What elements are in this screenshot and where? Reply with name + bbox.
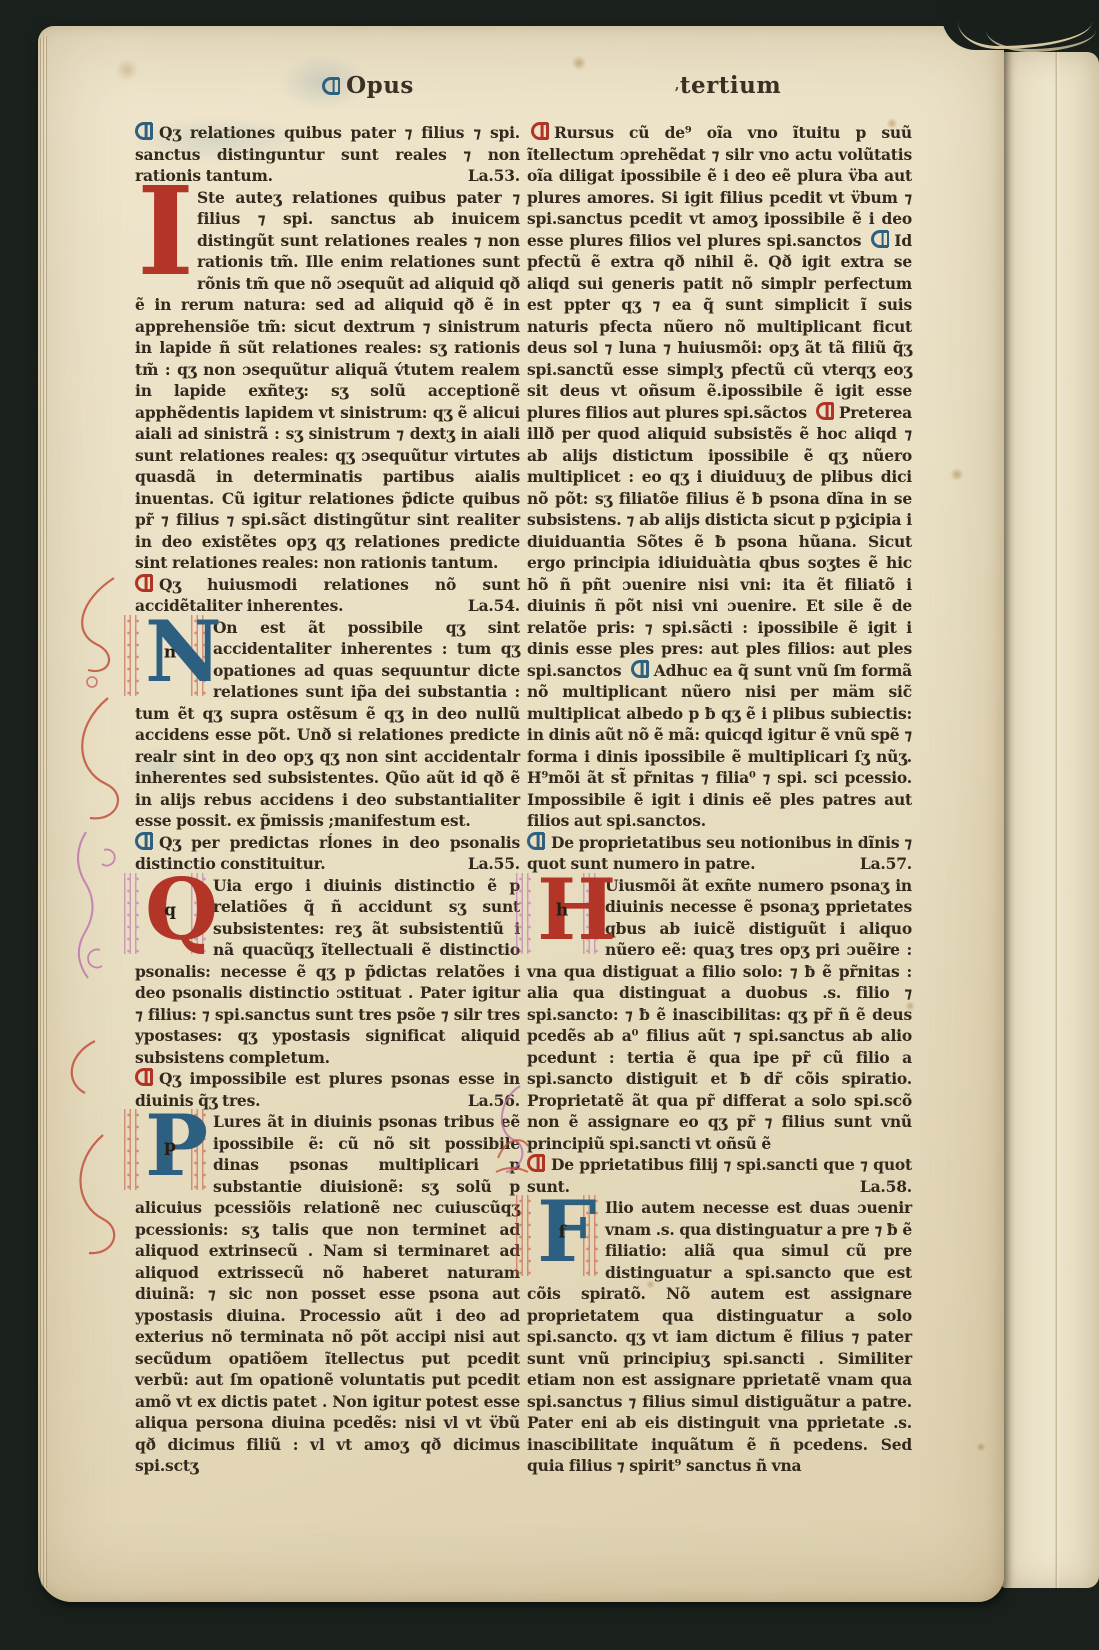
running-title-left: Opus — [218, 72, 518, 99]
stain-spot — [976, 1442, 986, 1452]
paragraph-block: NnOn est ãt possibile qʒ sint accidental… — [135, 617, 520, 832]
column-left: Qʒ relationes quibus pater ⁊ filius ⁊ sp… — [135, 122, 520, 1477]
header-pilcrow-icon — [322, 77, 339, 95]
margin-flourish-red-1 — [62, 570, 132, 840]
paragraph-block: QqUia ergo i diuinis distinctio ẽ p rela… — [135, 875, 520, 1069]
drop-cap-F: Ff — [527, 1200, 597, 1264]
chapter-number: La.54. — [468, 595, 520, 617]
guide-letter: f — [558, 1223, 565, 1245]
running-title-right-text: tertium — [680, 72, 781, 99]
chapter-number: La.57. — [860, 853, 912, 875]
initial-letter: H — [537, 868, 616, 952]
chapter-number: La.53. — [468, 165, 520, 187]
running-title-left-text: Opus — [346, 72, 414, 99]
stain-spot — [114, 60, 140, 80]
guide-letter: q — [164, 900, 176, 922]
initial-letter: P — [145, 1104, 208, 1188]
margin-flourish-purple-1 — [60, 828, 130, 1008]
inline-pilcrow-icon — [631, 660, 648, 678]
guide-letter: h — [556, 900, 568, 922]
heading-pilcrow-icon — [135, 832, 152, 850]
guide-letter: n — [164, 642, 176, 664]
column-right: Rursus cũ de⁹ oĩa vno ĩtuitu p suũ ĩtell… — [527, 122, 912, 1477]
text-run: Preterea illð per quod aliquid subsistẽs… — [527, 403, 912, 680]
paragraph-block: Rursus cũ de⁹ oĩa vno ĩtuitu p suũ ĩtell… — [527, 122, 912, 832]
gutter-flourish-red — [492, 1128, 532, 1188]
drop-cap-N: Nn — [135, 620, 205, 684]
initial-letter: F — [537, 1190, 596, 1274]
heading-pilcrow-icon — [135, 1068, 152, 1086]
initial-letter: I — [137, 176, 194, 286]
running-title-right: ,tertium — [578, 72, 878, 99]
chapter-number: La.55. — [468, 853, 520, 875]
inline-pilcrow-icon — [531, 122, 548, 140]
text-run: Id pfectũ ẽ extra qð nihil ẽ. Qð igit ex… — [527, 231, 912, 422]
book-page: Opus ,tertium Qʒ relationes quibus pater… — [38, 26, 1004, 1602]
next-page-edge — [1000, 52, 1099, 1588]
paragraph-block: HhUiusmõi ãt exñte numero psonaʒ in diui… — [527, 875, 912, 1155]
paragraph-block: ISte auteʒ relationes quibus pater ⁊ fil… — [135, 187, 520, 574]
stain-spot — [950, 468, 964, 481]
stain-spot — [646, 1280, 655, 1289]
stain-spot — [571, 56, 587, 70]
guide-letter: p — [164, 1137, 176, 1159]
drop-cap-I: I — [135, 190, 189, 278]
text-columns: Qʒ relationes quibus pater ⁊ filius ⁊ sp… — [135, 122, 912, 1477]
margin-flourish-red-2 — [55, 1035, 125, 1265]
heading-pilcrow-icon — [527, 832, 544, 850]
inline-pilcrow-icon — [816, 402, 833, 420]
drop-cap-Q: Qq — [135, 878, 205, 942]
chapter-number: La.58. — [860, 1176, 912, 1198]
stain-spot — [905, 1001, 915, 1011]
drop-cap-H: Hh — [527, 878, 597, 942]
paragraph-block: PpLures ãt in diuinis psonas tribus eẽ i… — [135, 1111, 520, 1477]
penwork-left — [124, 1109, 141, 1190]
inline-pilcrow-icon — [871, 230, 888, 248]
initial-letter: N — [145, 610, 222, 694]
stain-spot — [886, 118, 898, 129]
drop-cap-P: Pp — [135, 1114, 205, 1178]
paragraph-block: FfIlio autem necesse est duas ɔuenir vna… — [527, 1197, 912, 1477]
heading-pilcrow-icon — [135, 122, 152, 140]
text-run: Adhuc ea q̃ sunt vnũ ſm formã nõ multipl… — [527, 661, 912, 831]
penwork-left — [516, 1195, 533, 1276]
initial-letter: Q — [145, 868, 218, 952]
text-run: Rursus cũ de⁹ oĩa vno ĩtuitu p suũ ĩtell… — [527, 123, 912, 250]
penwork-left — [516, 873, 533, 954]
heading-pilcrow-icon — [135, 574, 152, 592]
